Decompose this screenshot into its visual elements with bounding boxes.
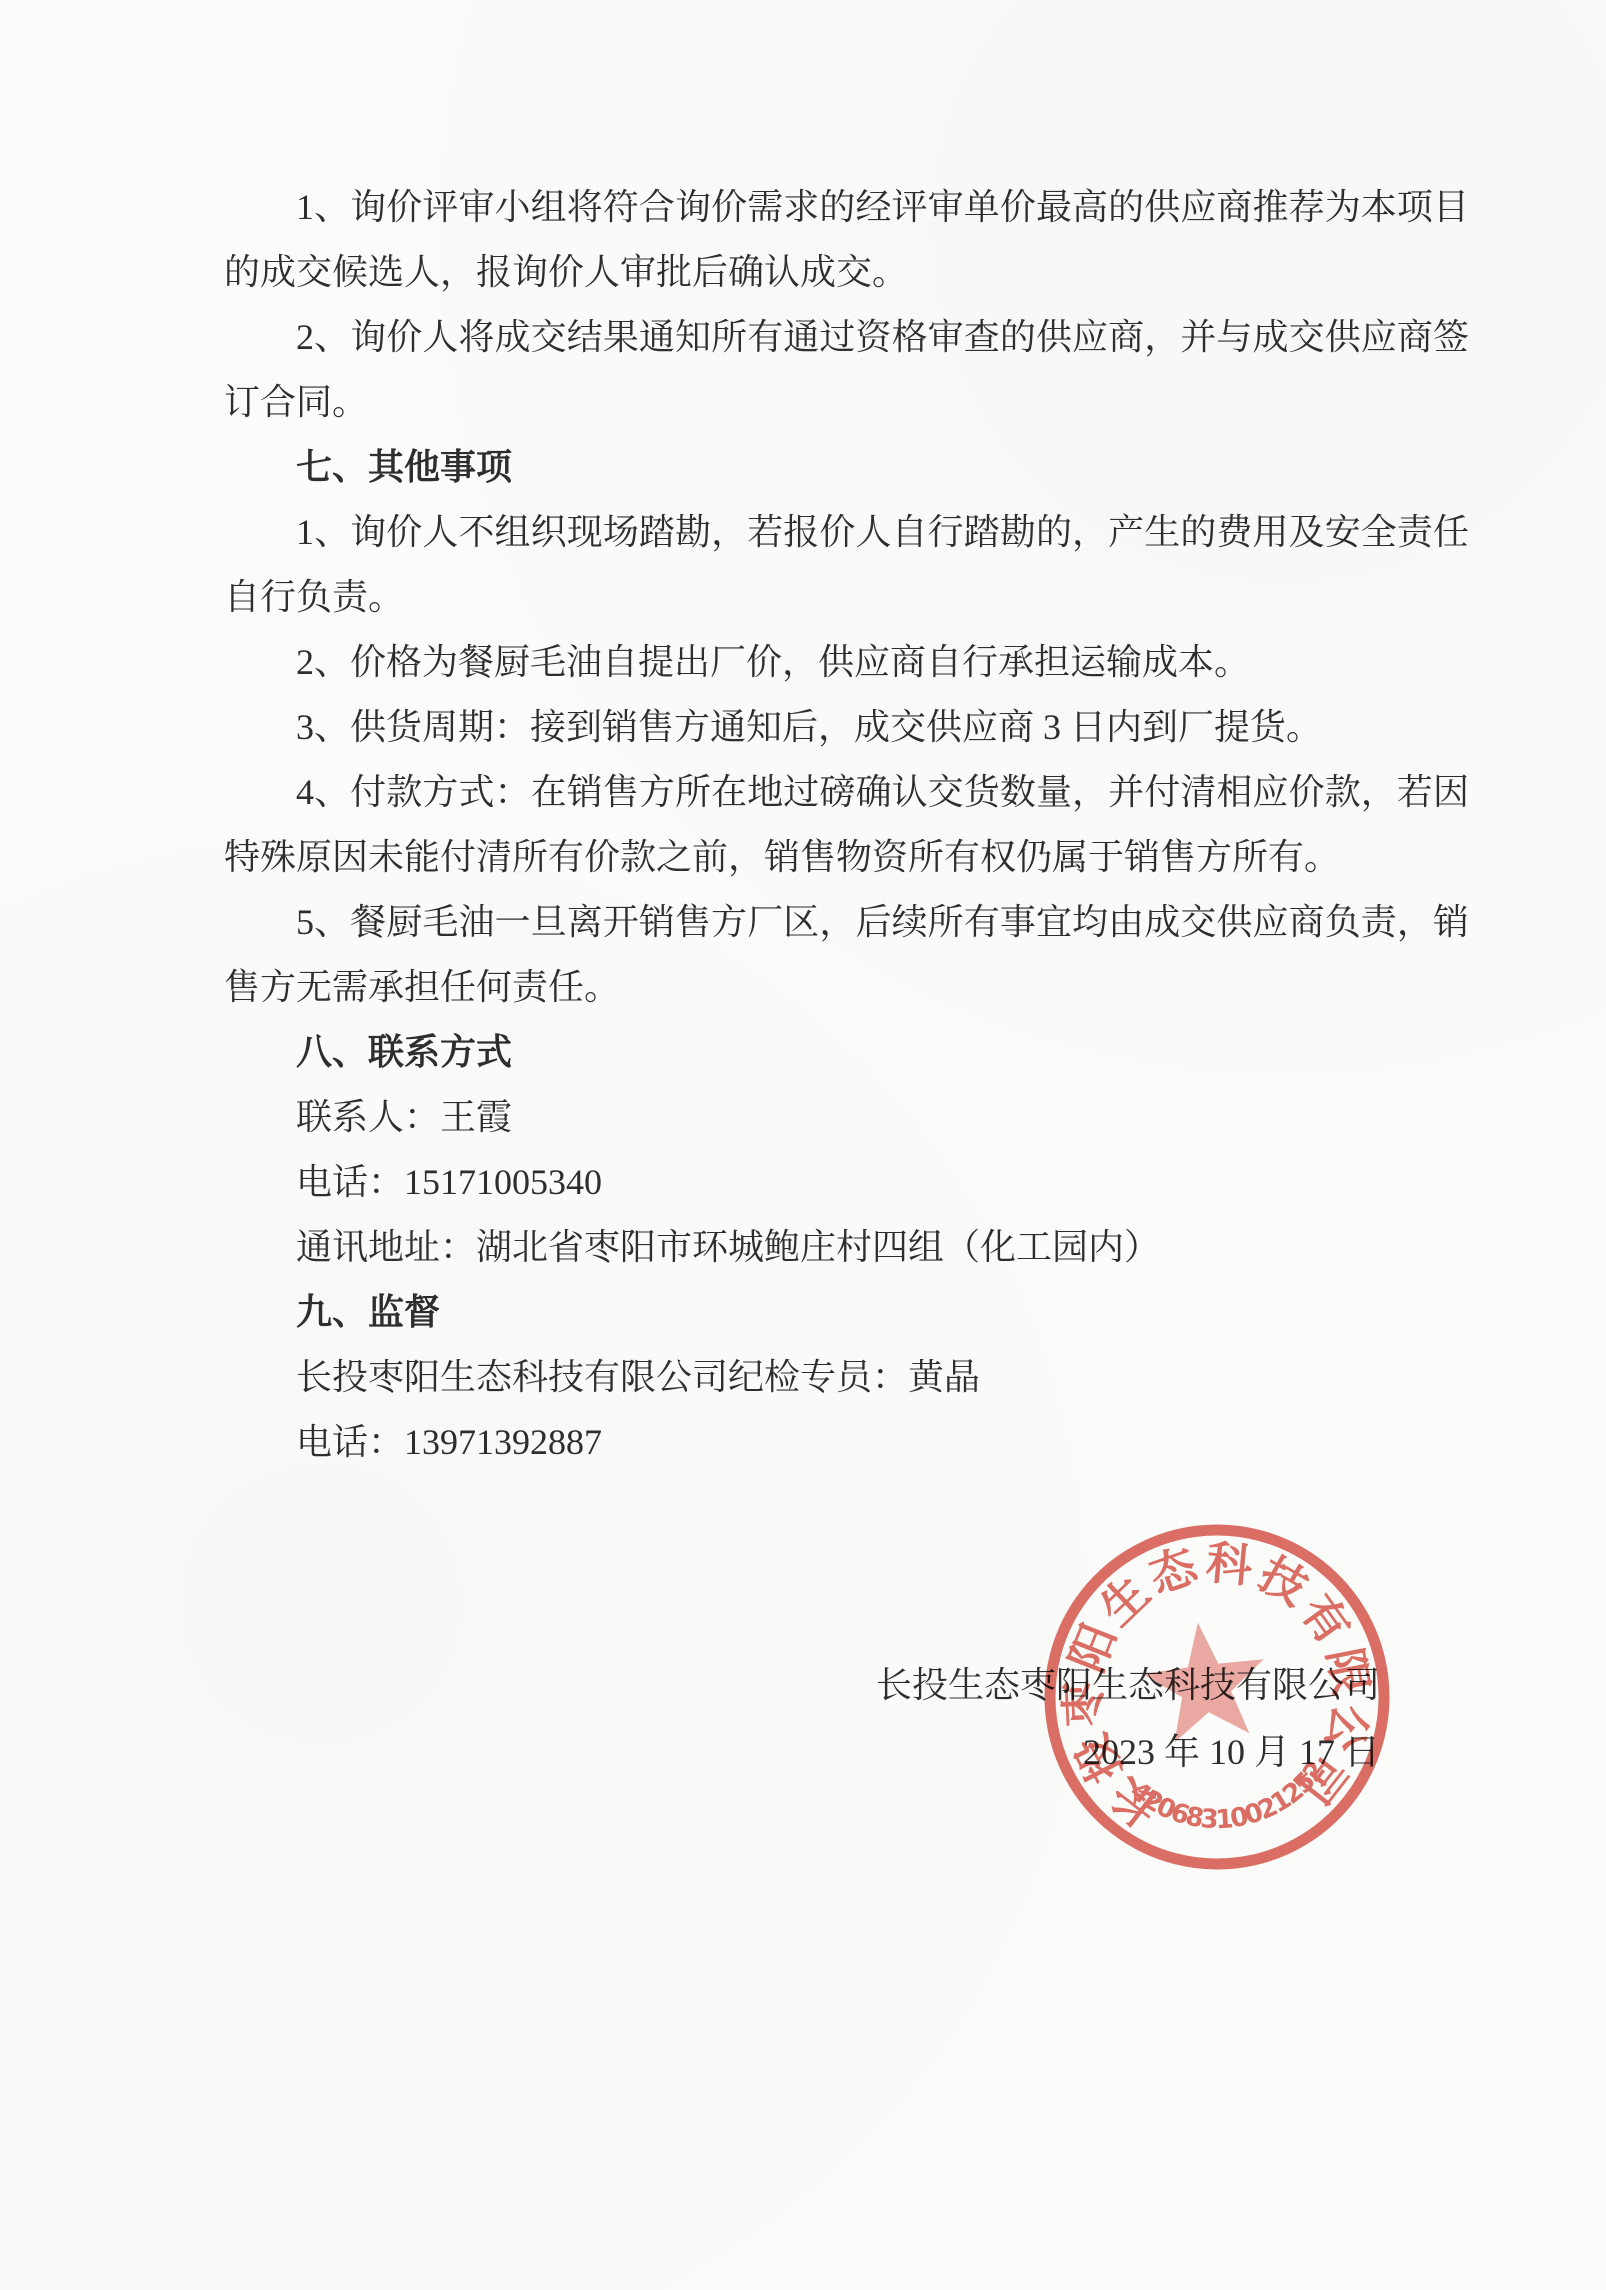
svg-text:1: 1	[1266, 1784, 1297, 1819]
supervisor-phone-line: 电话：13971392887	[224, 1410, 1469, 1475]
document-body: 1、询价评审小组将符合询价需求的经评审单价最高的供应商推荐为本项目的成交候选人，…	[0, 0, 1606, 1475]
svg-text:有: 有	[1291, 1586, 1359, 1653]
paragraph: 4、付款方式：在销售方所在地过磅确认交货数量，并付清相应价款，若因特殊原因未能付…	[224, 760, 1469, 890]
scanned-document-page: { "content": { "blocks": [ { "style": "b…	[0, 0, 1606, 2290]
section-heading-supervision: 九、监督	[224, 1280, 1469, 1345]
paragraph: 1、询价评审小组将符合询价需求的经评审单价最高的供应商推荐为本项目的成交候选人，…	[224, 175, 1469, 305]
section-heading-contact: 八、联系方式	[224, 1020, 1469, 1085]
svg-text:0: 0	[1152, 1792, 1181, 1827]
svg-text:生: 生	[1091, 1567, 1160, 1636]
svg-text:0: 0	[1228, 1802, 1251, 1835]
svg-text:态: 态	[1143, 1539, 1204, 1603]
contact-person-line: 联系人：王霞	[224, 1085, 1469, 1150]
svg-text:6: 6	[1167, 1797, 1193, 1831]
paragraph: 1、询价人不组织现场踏勘，若报价人自行踏勘的，产生的费用及安全责任自行负责。	[224, 500, 1469, 630]
paragraph: 5、餐厨毛油一旦离开销售方厂区，后续所有事宜均由成交供应商负责，销售方无需承担任…	[224, 890, 1469, 1020]
signature-block: 长投生态枣阳生态科技有限公司 2023 年 10 月 17 日	[876, 1652, 1380, 1786]
paragraph: 2、询价人将成交结果通知所有通过资格审查的供应商，并与成交供应商签订合同。	[224, 305, 1469, 435]
signature-date: 2023 年 10 月 17 日	[876, 1719, 1380, 1786]
contact-phone-line: 电话：15171005340	[224, 1150, 1469, 1215]
contact-address-line: 通讯地址：湖北省枣阳市环城鲍庄村四组（化工园内）	[224, 1215, 1469, 1280]
paragraph: 2、价格为餐厨毛油自提出厂价，供应商自行承担运输成本。	[224, 630, 1469, 695]
svg-text:技: 技	[1250, 1548, 1315, 1615]
svg-text:2: 2	[1254, 1792, 1283, 1827]
svg-text:8: 8	[1183, 1802, 1206, 1835]
svg-text:0: 0	[1241, 1797, 1267, 1831]
svg-text:1: 1	[1215, 1804, 1235, 1835]
svg-text:3: 3	[1200, 1804, 1220, 1835]
paragraph: 3、供货周期：接到销售方通知后，成交供应商 3 日内到厂提货。	[224, 695, 1469, 760]
section-heading-other-matters: 七、其他事项	[224, 435, 1469, 500]
svg-text:科: 科	[1204, 1537, 1255, 1592]
supervisor-line: 长投枣阳生态科技有限公司纪检专员：黄晶	[224, 1345, 1469, 1410]
signature-company: 长投生态枣阳生态科技有限公司	[876, 1652, 1380, 1719]
svg-text:2: 2	[1137, 1784, 1168, 1819]
